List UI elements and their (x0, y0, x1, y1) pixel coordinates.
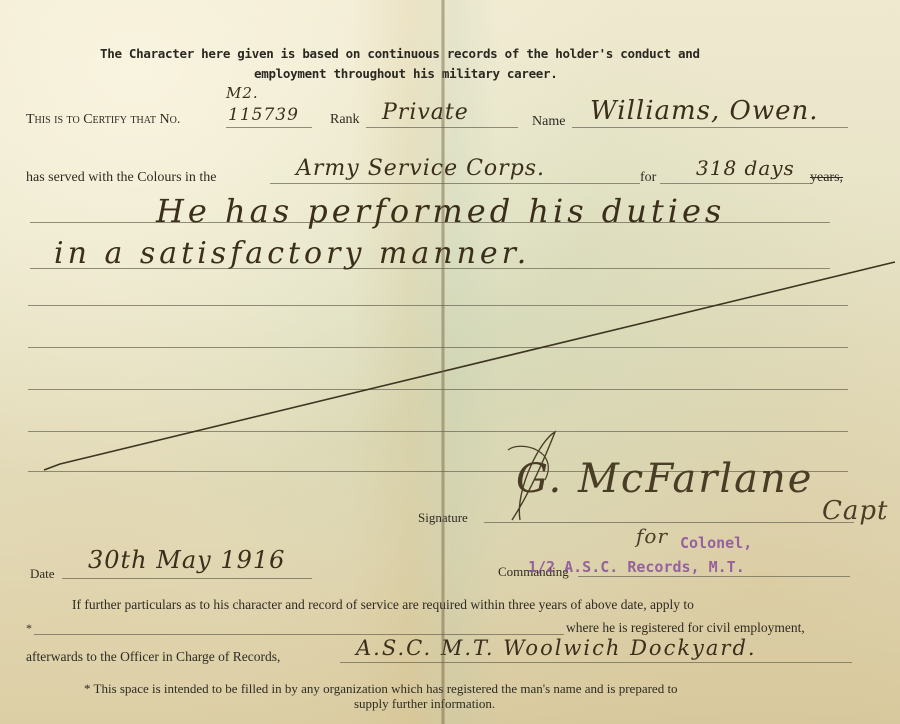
further-particulars-line-3: afterwards to the Officer in Charge of R… (26, 649, 280, 665)
fold-crease (441, 0, 445, 724)
organization-underline (34, 634, 564, 635)
records-office-value: A.S.C. M.T. Woolwich Dockyard. (356, 636, 757, 660)
date-label: Date (30, 566, 55, 582)
date-value: 30th May 1916 (88, 546, 285, 574)
further-particulars-line-2: where he is registered for civil employm… (566, 620, 805, 636)
commanding-underline (578, 576, 850, 577)
date-underline (62, 578, 312, 579)
signature-rank-suffix: Capt (822, 496, 889, 526)
asterisk-mark: * (26, 621, 32, 636)
records-office-underline (340, 662, 852, 663)
signature-underline (484, 522, 854, 523)
signature-for-note: for (636, 524, 668, 548)
certificate-page: The Character here given is based on con… (0, 0, 900, 724)
stamp-records: 1/2 A.S.C. Records, M.T. (528, 558, 745, 576)
cancellation-stroke (0, 0, 900, 724)
footnote-line-2: supply further information. (354, 696, 495, 712)
stamp-colonel: Colonel, (680, 534, 752, 552)
further-particulars-line-1: If further particulars as to his charact… (72, 597, 694, 613)
footnote-line-1: * This space is intended to be filled in… (84, 681, 678, 697)
signature-value: G. McFarlane (516, 456, 813, 502)
